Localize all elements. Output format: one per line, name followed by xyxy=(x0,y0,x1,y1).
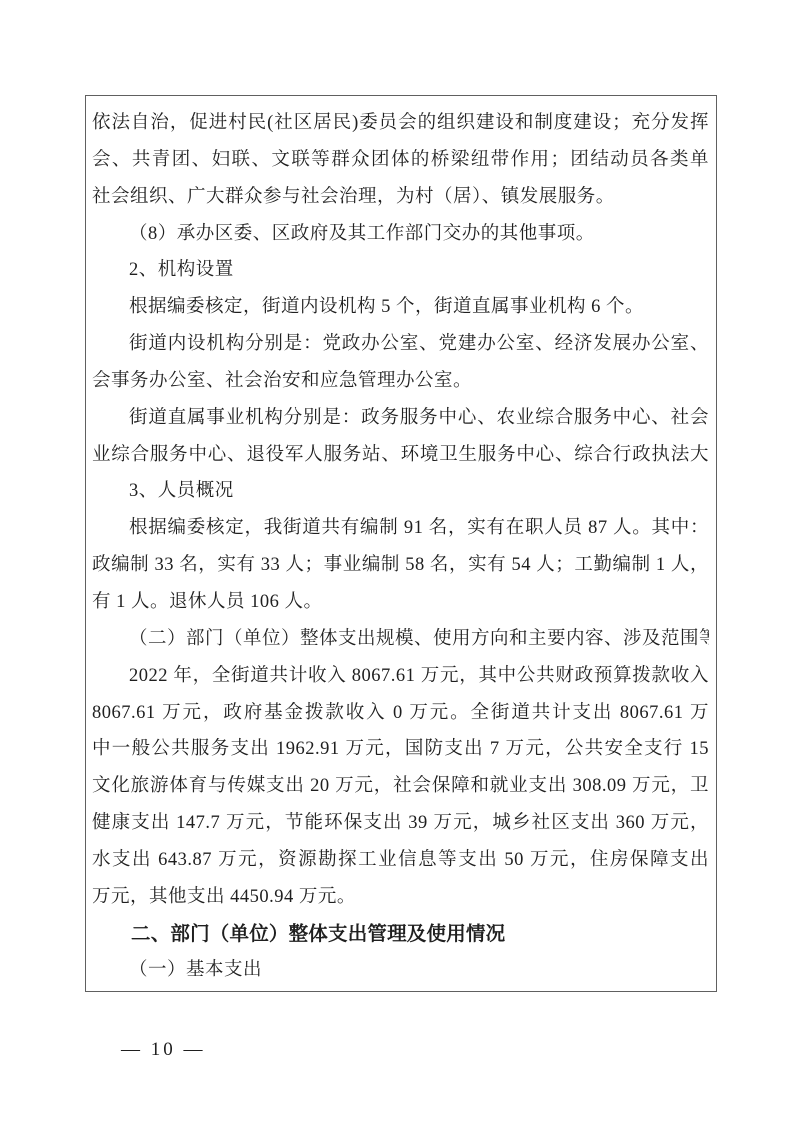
text-line: 会事务办公室、社会治安和应急管理办公室。 xyxy=(92,363,709,400)
text-line: （8）承办区委、区政府及其工作部门交办的其他事项。 xyxy=(92,216,709,253)
page-number: — 10 — xyxy=(121,1036,206,1064)
text-line: 根据编委核定，我街道共有编制 91 名，实有在职人员 87 人。其中：行 xyxy=(92,510,709,547)
text-line: 社会组织、广大群众参与社会治理，为村（居）、镇发展服务。 xyxy=(92,179,709,216)
text-line: 有 1 人。退休人员 106 人。 xyxy=(92,584,709,621)
text-line: 根据编委核定，街道内设机构 5 个，街道直属事业机构 6 个。 xyxy=(92,289,709,326)
text-line: 依法自治，促进村民(社区居民)委员会的组织建设和制度建设；充分发挥工 xyxy=(92,105,709,142)
text-line: 中一般公共服务支出 1962.91 万元，国防支出 7 万元，公共安全支行 15… xyxy=(92,731,709,768)
section-subheading: （一）基本支出 xyxy=(92,952,709,989)
text-line: 文化旅游体育与传媒支出 20 万元，社会保障和就业支出 308.09 万元，卫生 xyxy=(92,768,709,805)
text-line: 8067.61 万元，政府基金拨款收入 0 万元。全街道共计支出 8067.61… xyxy=(92,695,709,732)
text-line: 健康支出 147.7 万元，节能环保支出 39 万元，城乡社区支出 360 万元… xyxy=(92,805,709,842)
text-line: 万元，其他支出 4450.94 万元。 xyxy=(92,879,709,916)
text-line: 水支出 643.87 万元，资源勘探工业信息等支出 50 万元，住房保障支出 6… xyxy=(92,842,709,879)
text-line: 政编制 33 名，实有 33 人；事业编制 58 名，实有 54 人；工勤编制 … xyxy=(92,547,709,584)
text-line: 街道直属事业机构分别是：政务服务中心、农业综合服务中心、社会事 xyxy=(92,400,709,437)
text-line: 街道内设机构分别是：党政办公室、党建办公室、经济发展办公室、社 xyxy=(92,326,709,363)
text-line: 业综合服务中心、退役军人服务站、环境卫生服务中心、综合行政执法大队。 xyxy=(92,437,709,474)
text-line: 会、共青团、妇联、文联等群众团体的桥梁纽带作用；团结动员各类单位、 xyxy=(92,142,709,179)
document-page: 依法自治，促进村民(社区居民)委员会的组织建设和制度建设；充分发挥工 会、共青团… xyxy=(0,0,793,1122)
text-line: 2022 年，全街道共计收入 8067.61 万元，其中公共财政预算拨款收入 xyxy=(92,658,709,695)
section-subheading: 2、机构设置 xyxy=(92,252,709,289)
text-frame: 依法自治，促进村民(社区居民)委员会的组织建设和制度建设；充分发挥工 会、共青团… xyxy=(85,95,717,992)
section-heading: 二、部门（单位）整体支出管理及使用情况 xyxy=(92,916,709,953)
section-subheading: 3、人员概况 xyxy=(92,473,709,510)
section-subheading: （二）部门（单位）整体支出规模、使用方向和主要内容、涉及范围等 xyxy=(92,621,709,658)
